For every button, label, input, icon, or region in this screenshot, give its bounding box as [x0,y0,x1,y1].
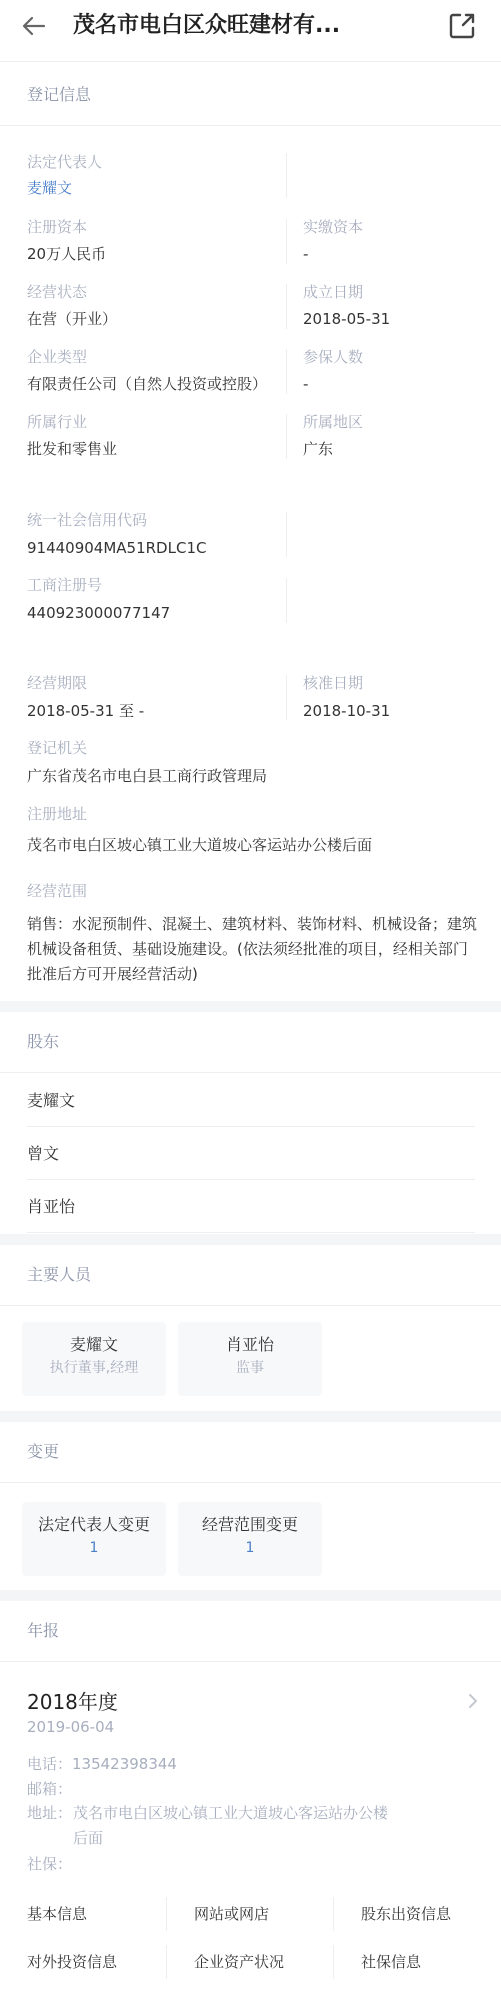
link-social-security-info[interactable]: 社保信息 [334,1944,501,1980]
app-header: 茂名市电白区众旺建材有... [0,0,501,62]
column-divider [286,219,287,264]
industry-label: 所属行业 [27,412,87,432]
status-label: 经营状态 [27,282,87,302]
approval-date-label: 核准日期 [303,673,363,693]
credit-code-value: 91440904MA51RDLC1C [27,538,206,558]
section-header-registration: 登记信息 [0,65,501,126]
authority-label: 登记机关 [27,738,87,758]
paid-capital-label: 实缴资本 [303,217,363,237]
link-label: 股东出资信息 [361,1903,451,1925]
link-label: 社保信息 [361,1951,421,1973]
column-divider [286,675,287,720]
registered-capital-label: 注册资本 [27,217,87,237]
insured-count-label: 参保人数 [303,347,363,367]
section-title: 股东 [27,1031,59,1053]
section-header-shareholders: 股东 [0,1012,501,1073]
column-divider [286,512,287,557]
change-label: 经营范围变更 [178,1514,322,1536]
personnel-name: 麦耀文 [22,1334,166,1356]
section-title: 年报 [27,1620,59,1642]
personnel-card[interactable]: 肖亚怡 监事 [178,1322,322,1396]
section-separator [0,1590,501,1601]
link-website[interactable]: 网站或网店 [167,1896,334,1932]
change-count: 1 [178,1538,322,1558]
scope-label: 经营范围 [27,881,87,901]
legal-rep-label: 法定代表人 [27,152,102,172]
region-value: 广东 [303,439,333,459]
annual-report-phone: 电话：13542398344 [27,1754,177,1774]
link-label: 对外投资信息 [27,1951,117,1973]
credit-code-label: 统一社会信用代码 [27,510,147,530]
address-label: 注册地址 [27,804,87,824]
arrow-left-icon[interactable] [18,10,50,42]
change-count: 1 [22,1538,166,1558]
column-divider [286,284,287,329]
reg-number-value: 440923000077147 [27,603,170,623]
shareholder-name: 肖亚怡 [27,1196,75,1218]
annual-report-date: 2019-06-04 [27,1717,114,1737]
personnel-card[interactable]: 麦耀文 执行董事,经理 [22,1322,166,1396]
section-separator [0,1234,501,1245]
section-separator [0,1001,501,1012]
link-label: 企业资产状况 [194,1951,284,1973]
company-type-label: 企业类型 [27,347,87,367]
section-separator [0,1411,501,1422]
column-divider [286,578,287,623]
chevron-right-icon[interactable] [466,1691,480,1711]
region-label: 所属地区 [303,412,363,432]
paid-capital-value: - [303,244,308,264]
annual-report-social-security: 社保： [27,1854,72,1874]
external-share-icon[interactable] [446,10,478,42]
section-header-key-personnel: 主要人员 [0,1245,501,1306]
section-title: 变更 [27,1441,59,1463]
column-divider [286,414,287,459]
scope-value: 销售：水泥预制件、混凝土、建筑材料、装饰材料、机械设备；建筑机械设备租赁、基础设… [27,912,482,987]
annual-report-address-line1: 茂名市电白区坡心镇工业大道坡心客运站办公楼 [73,1803,388,1823]
personnel-role: 监事 [178,1358,322,1378]
column-divider [286,153,287,198]
founded-label: 成立日期 [303,282,363,302]
page-title: 茂名市电白区众旺建材有... [73,10,340,42]
shareholder-item[interactable]: 肖亚怡 [27,1180,475,1233]
reg-number-label: 工商注册号 [27,575,102,595]
shareholder-name: 麦耀文 [27,1090,75,1112]
personnel-name: 肖亚怡 [178,1334,322,1356]
legal-rep-link[interactable]: 麦耀文 [27,178,72,198]
section-header-annual-report: 年报 [0,1601,501,1662]
section-title: 登记信息 [27,84,91,106]
address-value: 茂名市电白区坡心镇工业大道坡心客运站办公楼后面 [27,835,372,855]
section-title: 主要人员 [27,1264,91,1286]
link-outbound-investment[interactable]: 对外投资信息 [0,1944,167,1980]
column-divider [286,349,287,394]
link-label: 基本信息 [27,1903,87,1925]
term-label: 经营期限 [27,673,87,693]
founded-value: 2018-05-31 [303,309,390,329]
change-card[interactable]: 经营范围变更 1 [178,1502,322,1576]
change-label: 法定代表人变更 [22,1514,166,1536]
registered-capital-value: 20万人民币 [27,244,106,264]
term-value: 2018-05-31 至 - [27,701,144,721]
annual-report-address-label: 地址： [27,1803,72,1823]
annual-report-email: 邮箱： [27,1779,72,1799]
approval-date-value: 2018-10-31 [303,701,390,721]
link-label: 网站或网店 [194,1903,269,1925]
link-basic-info[interactable]: 基本信息 [0,1896,167,1932]
link-shareholder-contribution[interactable]: 股东出资信息 [334,1896,501,1932]
personnel-role: 执行董事,经理 [22,1358,166,1378]
annual-report-year[interactable]: 2018年度 [27,1688,118,1716]
link-asset-status[interactable]: 企业资产状况 [167,1944,334,1980]
annual-report-address-line2: 后面 [73,1828,103,1848]
section-header-changes: 变更 [0,1422,501,1483]
shareholder-name: 曾文 [27,1143,59,1165]
shareholder-item[interactable]: 曾文 [27,1127,475,1180]
industry-value: 批发和零售业 [27,439,117,459]
insured-count-value: - [303,374,308,394]
change-card[interactable]: 法定代表人变更 1 [22,1502,166,1576]
authority-value: 广东省茂名市电白县工商行政管理局 [27,766,267,786]
company-type-value: 有限责任公司（自然人投资或控股） [27,374,267,394]
shareholder-item[interactable]: 麦耀文 [27,1074,475,1127]
status-value: 在营（开业） [27,309,117,329]
